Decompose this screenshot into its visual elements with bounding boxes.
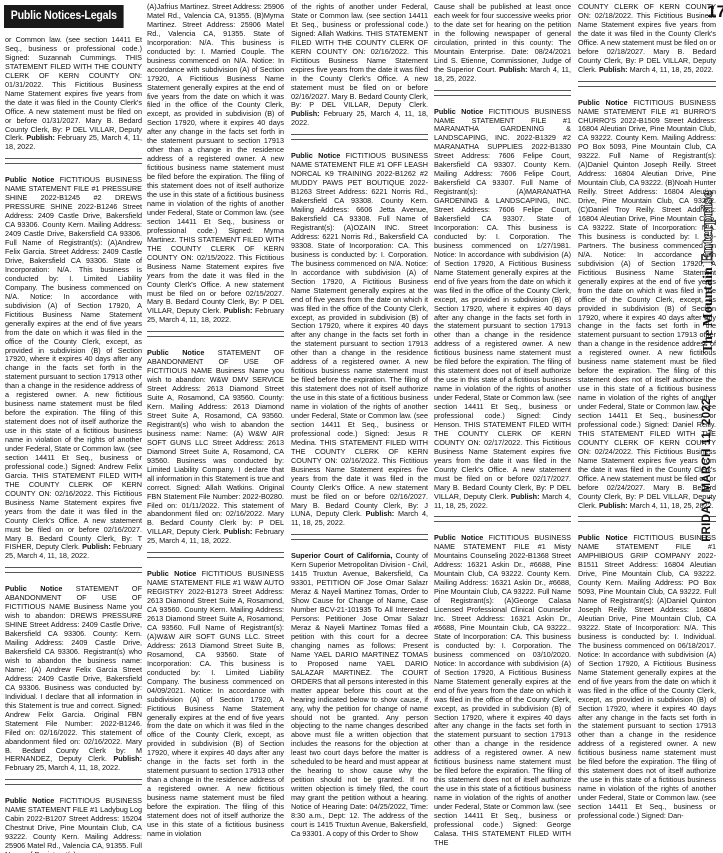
legal-notice: COUNTY CLERK OF KERN COUNTY ON: 02/18/20… — [578, 3, 716, 75]
legal-notice: or Common law. (see section 14411 Et Seq… — [5, 36, 142, 152]
legal-notice: Public Notice FICTITIOUS BUSINESS NAME S… — [434, 534, 571, 847]
column-1: or Common law. (see section 14411 Et Seq… — [5, 36, 142, 853]
notice-divider — [578, 81, 716, 87]
column-3: of the rights of another under Federal, … — [291, 3, 428, 839]
column-4: Cause shall be published at least once e… — [434, 3, 571, 848]
newspaper-page: Public Notices-Legals (cont.) or Common … — [0, 0, 723, 853]
notice-divider — [434, 90, 571, 96]
legal-notice: Public Notice FICTITIOUS BUSINESS NAME S… — [5, 176, 142, 561]
notice-divider — [291, 134, 428, 140]
legal-notice: Public Notice FICTITIOUS BUSINESS NAME S… — [147, 570, 284, 839]
legal-notice: (A)Jafrius Martinez. Street Address: 259… — [147, 3, 284, 325]
legal-notice: Public Notice STATEMENT OF ABANDONMENT O… — [147, 349, 284, 546]
folio-strip: The Mountain Enterprise FRIDAY, MARCH 11… — [696, 140, 722, 700]
column-2: (A)Jafrius Martinez. Street Address: 259… — [147, 3, 284, 839]
notice-divider — [5, 158, 142, 164]
notice-divider — [147, 552, 284, 558]
legal-notice: Public Notice FICTITIOUS BUSINESS NAME S… — [434, 108, 571, 511]
court-notice-continued: Cause shall be published at least once e… — [434, 3, 571, 84]
page-number: 17 — [707, 2, 723, 22]
legal-notice: Public Notice STATEMENT OF ABANDONMENT O… — [5, 585, 142, 773]
notice-divider — [5, 779, 142, 785]
legal-notice: of the rights of another under Federal, … — [291, 3, 428, 128]
legal-notice: Public Notice FICTITIOUS BUSINESS NAME S… — [5, 797, 142, 853]
notice-divider — [5, 567, 142, 573]
section-header: Public Notices-Legals (cont.) — [4, 5, 124, 28]
court-notice: Superior Court of California, County of … — [291, 552, 428, 839]
notice-divider — [147, 331, 284, 337]
issue-date: FRIDAY, MARCH 11, 2022 — [701, 385, 721, 555]
masthead-logo: The Mountain Enterprise — [699, 177, 723, 367]
legal-notice: Public Notice FICTITIOUS BUSINESS NAME S… — [291, 152, 428, 528]
notice-divider — [434, 516, 571, 522]
notice-divider — [291, 534, 428, 540]
